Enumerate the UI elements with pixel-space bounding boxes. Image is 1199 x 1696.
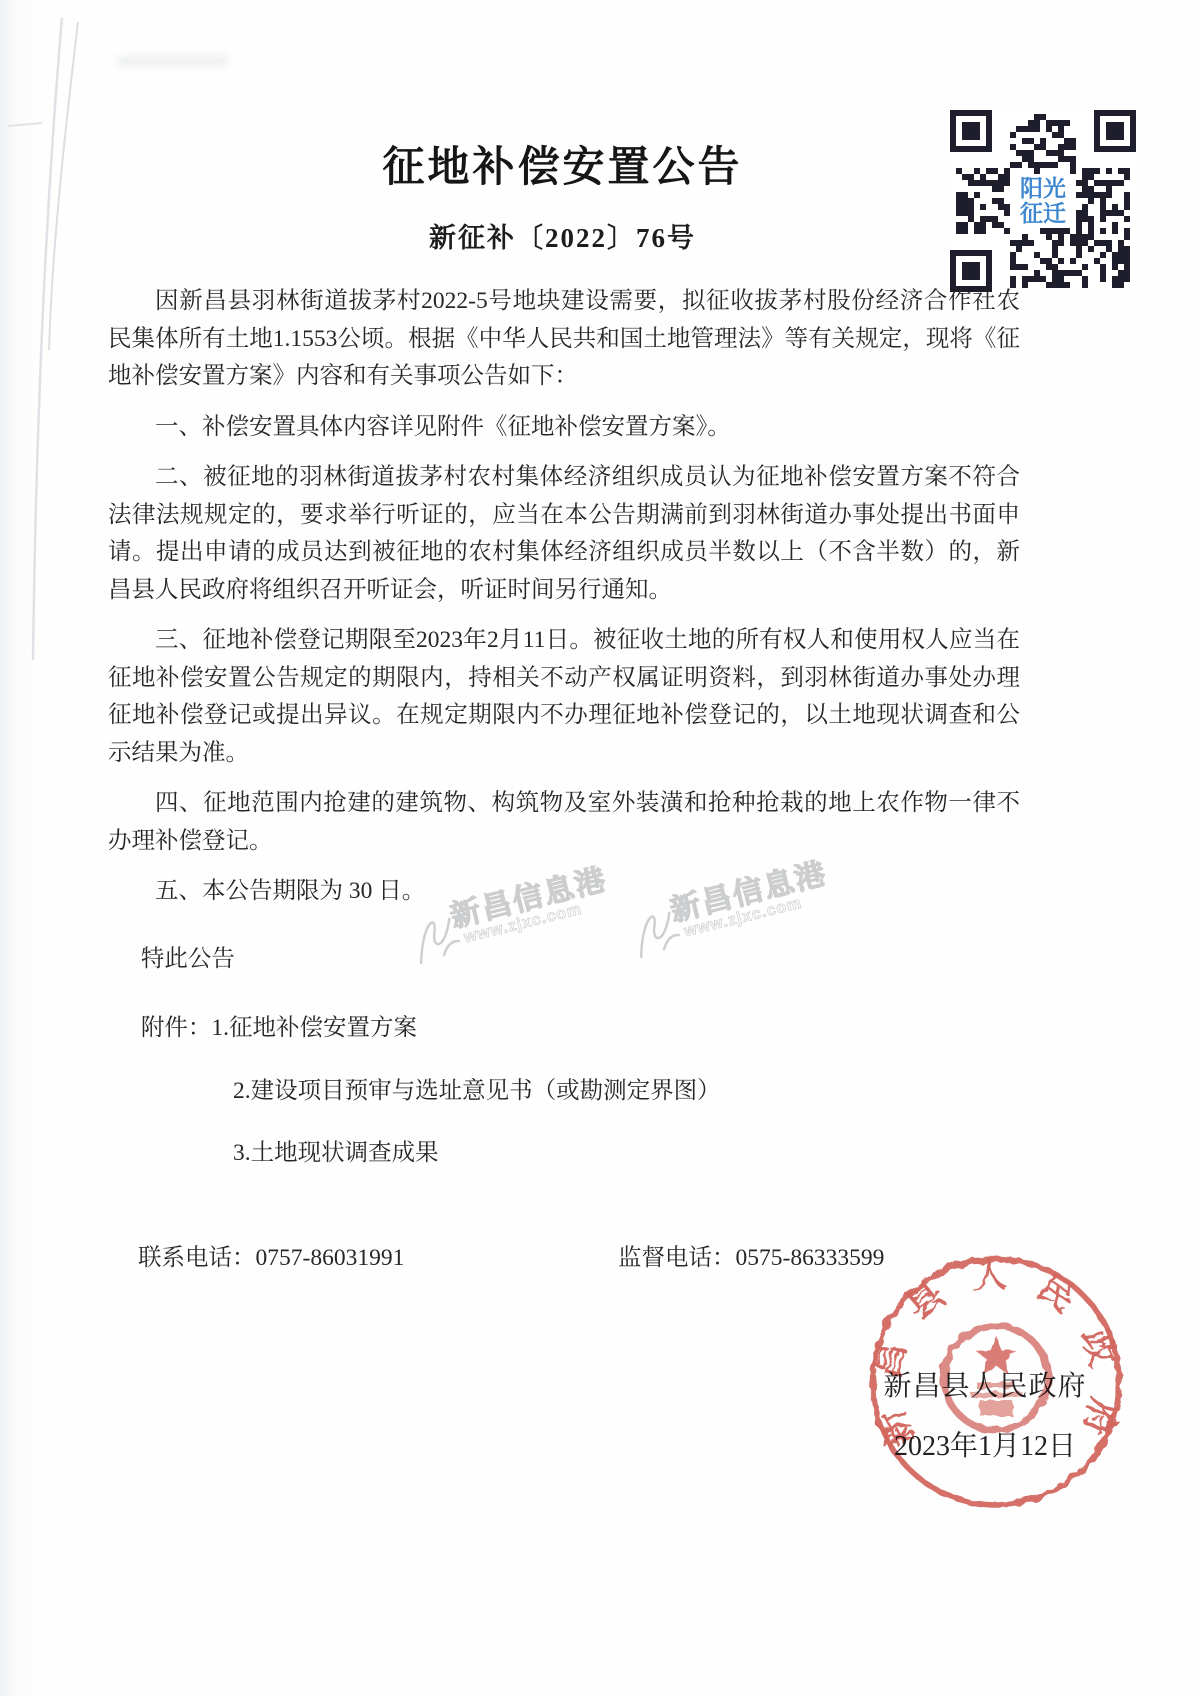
qr-center-label: 阳光 征迁 xyxy=(1016,174,1070,228)
qr-label-line2: 征迁 xyxy=(1020,201,1066,226)
supervision-phone: 监督电话：0575-86333599 xyxy=(618,1238,884,1272)
attachment-item-3: 3.土地现状调查成果 xyxy=(108,1135,1020,1173)
item-paragraph-2: 二、被征地的羽林街道拔茅村农村集体经济组织成员认为征地补偿安置方案不符合法律法规… xyxy=(108,459,1020,609)
scan-smudge xyxy=(118,56,228,66)
item-paragraph-3: 三、征地补偿登记期限至2023年2月11日。被征收土地的所有权人和使用权人应当在… xyxy=(108,622,1020,772)
seal-star-icon xyxy=(976,1336,1017,1375)
document-number: 新征补〔2022〕76号 xyxy=(110,216,1015,255)
item-paragraph-4: 四、征地范围内抢建的建筑物、构筑物及室外装潢和抢种抢栽的地上农作物一律不办理补偿… xyxy=(108,785,1020,860)
qr-finder-icon xyxy=(950,110,992,152)
item-paragraph-1: 一、补偿安置具体内容详见附件《征地补偿安置方案》。 xyxy=(108,409,1020,447)
scan-fold-lines xyxy=(0,0,120,700)
item-paragraph-5: 五、本公告期限为 30 日。 xyxy=(108,873,1020,911)
qr-finder-icon xyxy=(1094,110,1136,152)
closing-phrase: 特此公告 xyxy=(108,941,1020,979)
attachments-label: 附件： xyxy=(141,1015,212,1041)
qr-label-line1: 阳光 xyxy=(1020,176,1066,201)
intro-paragraph: 因新昌县羽林街道拔茅村2022-5号地块建设需要，拟征收拔茅村股份经济合作社农民… xyxy=(108,283,1020,396)
qr-code: 阳光 征迁 xyxy=(950,110,1136,292)
attachment-item-2: 2.建设项目预审与选址意见书（或勘测定界图） xyxy=(108,1073,1020,1111)
official-seal: 新昌县人民政府 xyxy=(856,1236,1136,1528)
page-title: 征地补偿安置公告 xyxy=(110,134,1015,194)
attachment-item-1: 1.征地补偿安置方案 xyxy=(211,1015,417,1041)
attachments-line-1: 附件：1.征地补偿安置方案 xyxy=(108,1010,1020,1048)
scanned-page: 征地补偿安置公告 新征补〔2022〕76号 阳光 征迁 因新昌县羽林街道拔茅村2… xyxy=(0,0,1199,1696)
contact-phone: 联系电话：0757-86031991 xyxy=(138,1238,404,1272)
announcement-body: 因新昌县羽林街道拔茅村2022-5号地块建设需要，拟征收拔茅村股份经济合作社农民… xyxy=(108,283,1020,1198)
